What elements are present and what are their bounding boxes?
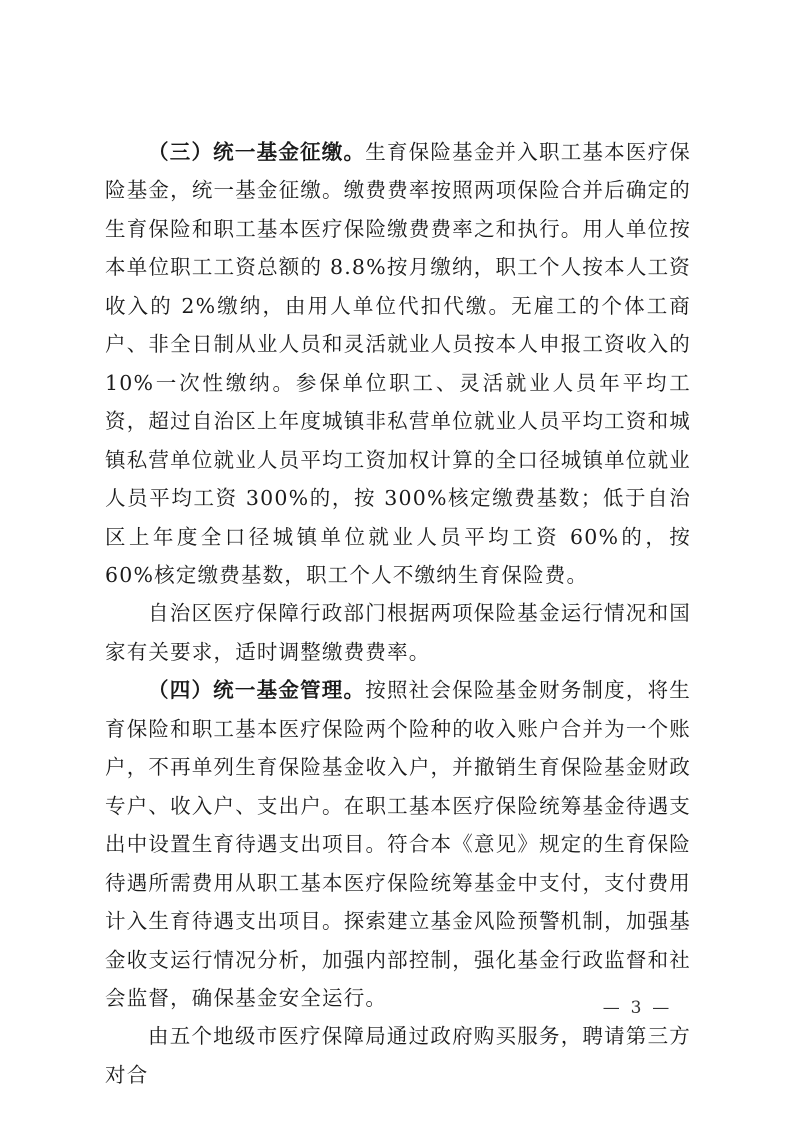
document-page: （三）统一基金征缴。生育保险基金并入职工基本医疗保险基金，统一基金征缴。缴费费率… (0, 0, 794, 1122)
paragraph-fund-management: （四）统一基金管理。按照社会保险基金财务制度，将生育保险和职工基本医疗保险两个险… (105, 671, 691, 1017)
document-body: （三）统一基金征缴。生育保险基金并入职工基本医疗保险基金，统一基金征缴。缴费费率… (105, 133, 691, 1094)
paragraph-text: 自治区医疗保障行政部门根据两项保险基金运行情况和国家有关要求，适时调整缴费费率。 (105, 601, 691, 663)
paragraph-text: 生育保险基金并入职工基本医疗保险基金，统一基金征缴。缴费费率按照两项保险合并后确… (105, 140, 691, 587)
paragraph-text: 由五个地级市医疗保障局通过政府购买服务，聘请第三方对合 (105, 1024, 691, 1086)
section-heading-4: （四）统一基金管理。 (148, 678, 365, 702)
paragraph-fund-collection: （三）统一基金征缴。生育保险基金并入职工基本医疗保险基金，统一基金征缴。缴费费率… (105, 133, 691, 594)
paragraph-rate-adjustment: 自治区医疗保障行政部门根据两项保险基金运行情况和国家有关要求，适时调整缴费费率。 (105, 594, 691, 671)
page-number: — 3 — (596, 998, 676, 1018)
paragraph-text: 按照社会保险基金财务制度，将生育保险和职工基本医疗保险两个险种的收入账户合并为一… (105, 678, 691, 1010)
section-heading-3: （三）统一基金征缴。 (148, 140, 365, 164)
paragraph-third-party: 由五个地级市医疗保障局通过政府购买服务，聘请第三方对合 (105, 1017, 691, 1094)
